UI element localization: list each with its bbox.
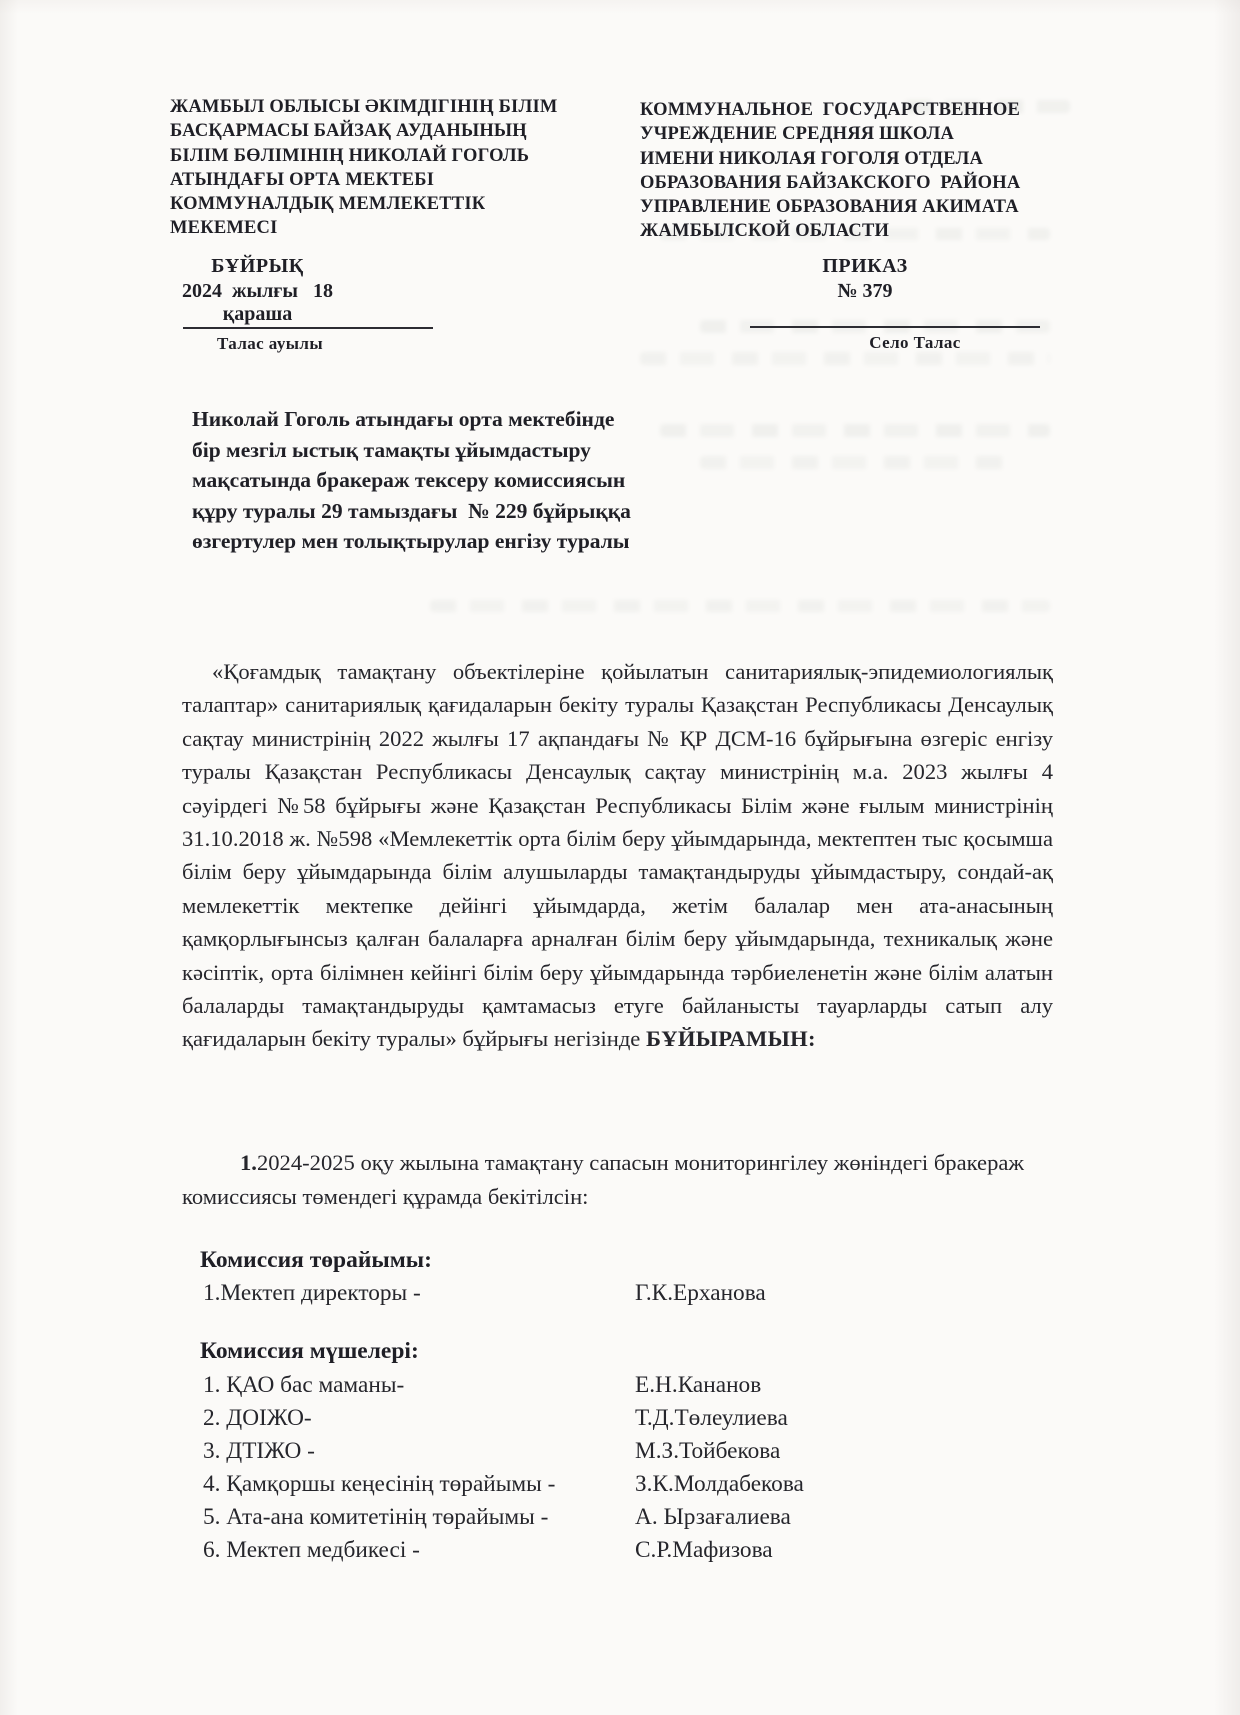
chair-name: Г.К.Ерханова — [635, 1280, 766, 1307]
legal-basis-text: «Қоғамдық тамақтану объектілеріне қойыла… — [182, 659, 1053, 1051]
chair-role: 1.Мектеп директоры - — [203, 1280, 421, 1306]
member-row: 3. ДТІЖО - М.З.Тойбекова — [203, 1438, 963, 1465]
member-row: 1. ҚАО бас маманы- Е.Н.Кананов — [203, 1372, 963, 1399]
place-kazakh: Талас ауылы — [170, 334, 370, 354]
doc-type-russian: ПРИКАЗ — [770, 255, 960, 278]
member-name: А. Ырзағалиева — [635, 1504, 791, 1531]
member-role: 2. ДОІЖО- — [203, 1405, 312, 1431]
document-title: Николай Гоголь атындағы орта мектебінде … — [192, 404, 772, 557]
order-block-russian: ПРИКАЗ № 379 — [770, 255, 960, 303]
member-row: 6. Мектеп медбикесі - С.Р.Мафизова — [203, 1537, 963, 1564]
order-word: БҰЙЫРАМЫН: — [646, 1026, 816, 1051]
order-item-1-text: 2024-2025 оқу жылына тамақтану сапасын м… — [182, 1150, 1024, 1209]
member-row: 4. Қамқоршы кеңесінің төрайымы - З.К.Мол… — [203, 1471, 963, 1498]
order-block-kazakh: БҰЙРЫҚ 2024 жылғы 18 қараша — [150, 255, 365, 326]
member-name: З.К.Молдабекова — [635, 1471, 804, 1498]
doc-number: № 379 — [770, 280, 960, 303]
member-name: Е.Н.Кананов — [635, 1372, 761, 1399]
member-role: 6. Мектеп медбикесі - — [203, 1537, 420, 1563]
chair-heading: Комиссия төрайымы: — [200, 1247, 432, 1274]
member-role: 4. Қамқоршы кеңесінің төрайымы - — [203, 1471, 555, 1497]
org-name-russian: КОММУНАЛЬНОЕ ГОСУДАРСТВЕННОЕ УЧРЕЖДЕНИЕ … — [640, 98, 1070, 244]
divider-line-right — [750, 326, 1040, 328]
legal-basis-paragraph: «Қоғамдық тамақтану объектілеріне қойыла… — [182, 655, 1053, 1056]
member-row: 2. ДОІЖО- Т.Д.Төлеулиева — [203, 1405, 963, 1432]
member-name: М.З.Тойбекова — [635, 1438, 780, 1465]
doc-type-kazakh: БҰЙРЫҚ — [150, 255, 365, 278]
bleed-through-artifact — [640, 352, 1050, 365]
place-russian: Село Талас — [800, 333, 1030, 353]
member-name: С.Р.Мафизова — [635, 1537, 773, 1564]
bleed-through-artifact — [430, 600, 1050, 612]
doc-date: 2024 жылғы 18 қараша — [150, 280, 365, 326]
chair-row: 1.Мектеп директоры - Г.К.Ерханова — [203, 1280, 963, 1307]
order-item-1: 1.2024-2025 оқу жылына тамақтану сапасын… — [182, 1146, 1053, 1214]
member-role: 1. ҚАО бас маманы- — [203, 1372, 404, 1398]
order-item-1-number: 1. — [240, 1150, 257, 1175]
member-role: 5. Ата-ана комитетінің төрайымы - — [203, 1504, 548, 1530]
scanned-order-document: ЖАМБЫЛ ОБЛЫСЫ ӘКІМДІГІНІҢ БІЛІМ БАСҚАРМА… — [0, 0, 1240, 1715]
member-row: 5. Ата-ана комитетінің төрайымы - А. Ырз… — [203, 1504, 963, 1531]
org-name-kazakh: ЖАМБЫЛ ОБЛЫСЫ ӘКІМДІГІНІҢ БІЛІМ БАСҚАРМА… — [170, 95, 590, 241]
divider-line-left — [183, 327, 433, 329]
member-role: 3. ДТІЖО - — [203, 1438, 315, 1464]
members-heading: Комиссия мүшелері: — [200, 1338, 419, 1365]
member-name: Т.Д.Төлеулиева — [635, 1405, 788, 1432]
